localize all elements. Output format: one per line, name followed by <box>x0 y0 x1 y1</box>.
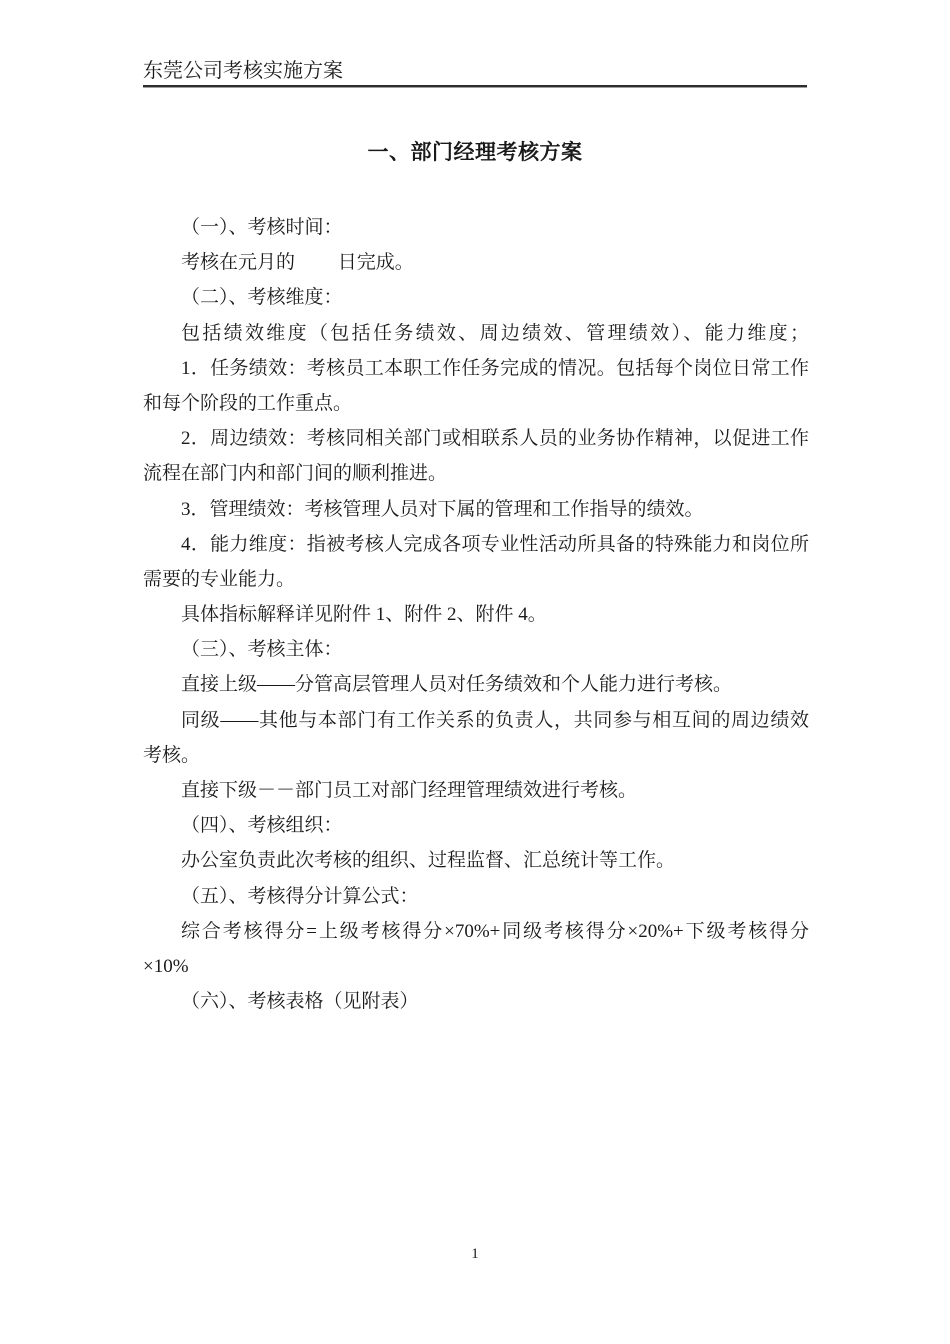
body-line: 综合考核得分=上级考核得分×70%+同级考核得分×20%+下级考核得分 <box>143 914 809 949</box>
header-title: 东莞公司考核实施方案 <box>143 58 807 84</box>
header-divider <box>143 85 807 88</box>
body-line: （一）、考核时间： <box>143 210 809 245</box>
body-line: （五）、考核得分计算公式： <box>143 879 809 914</box>
document-body: （一）、考核时间：考核在元月的 日完成。（二）、考核维度：包括绩效维度（包括任务… <box>143 210 809 1019</box>
document-title: 一、部门经理考核方案 <box>0 139 950 165</box>
body-line: 直接上级——分管高层管理人员对任务绩效和个人能力进行考核。 <box>143 667 809 702</box>
body-line: 和每个阶段的工作重点。 <box>143 386 809 421</box>
body-line: 包括绩效维度（包括任务绩效、周边绩效、管理绩效）、能力维度； <box>143 316 809 351</box>
body-line: 2．周边绩效：考核同相关部门或相联系人员的业务协作精神，以促进工作 <box>143 421 809 456</box>
body-line: 直接下级－－部门员工对部门经理管理绩效进行考核。 <box>143 773 809 808</box>
body-line: （四）、考核组织： <box>143 808 809 843</box>
body-line: 考核在元月的 日完成。 <box>143 245 809 280</box>
body-line: 具体指标解释详见附件 1、附件 2、附件 4。 <box>143 597 809 632</box>
body-line: 3．管理绩效：考核管理人员对下属的管理和工作指导的绩效。 <box>143 492 809 527</box>
body-line: 4．能力维度：指被考核人完成各项专业性活动所具备的特殊能力和岗位所 <box>143 527 809 562</box>
document-page: 东莞公司考核实施方案 一、部门经理考核方案 （一）、考核时间：考核在元月的 日完… <box>0 0 950 1344</box>
body-line: 1．任务绩效：考核员工本职工作任务完成的情况。包括每个岗位日常工作 <box>143 351 809 386</box>
page-header: 东莞公司考核实施方案 <box>143 58 807 88</box>
body-line: 考核。 <box>143 738 809 773</box>
body-line: （三）、考核主体： <box>143 632 809 667</box>
body-line: （二）、考核维度： <box>143 280 809 315</box>
page-number: 1 <box>0 1245 950 1263</box>
body-line: 需要的专业能力。 <box>143 562 809 597</box>
body-line: （六）、考核表格（见附表） <box>143 984 809 1019</box>
body-line: 同级——其他与本部门有工作关系的负责人，共同参与相互间的周边绩效 <box>143 703 809 738</box>
body-line: ×10% <box>143 949 809 984</box>
body-line: 办公室负责此次考核的组织、过程监督、汇总统计等工作。 <box>143 843 809 878</box>
body-line: 流程在部门内和部门间的顺利推进。 <box>143 456 809 491</box>
